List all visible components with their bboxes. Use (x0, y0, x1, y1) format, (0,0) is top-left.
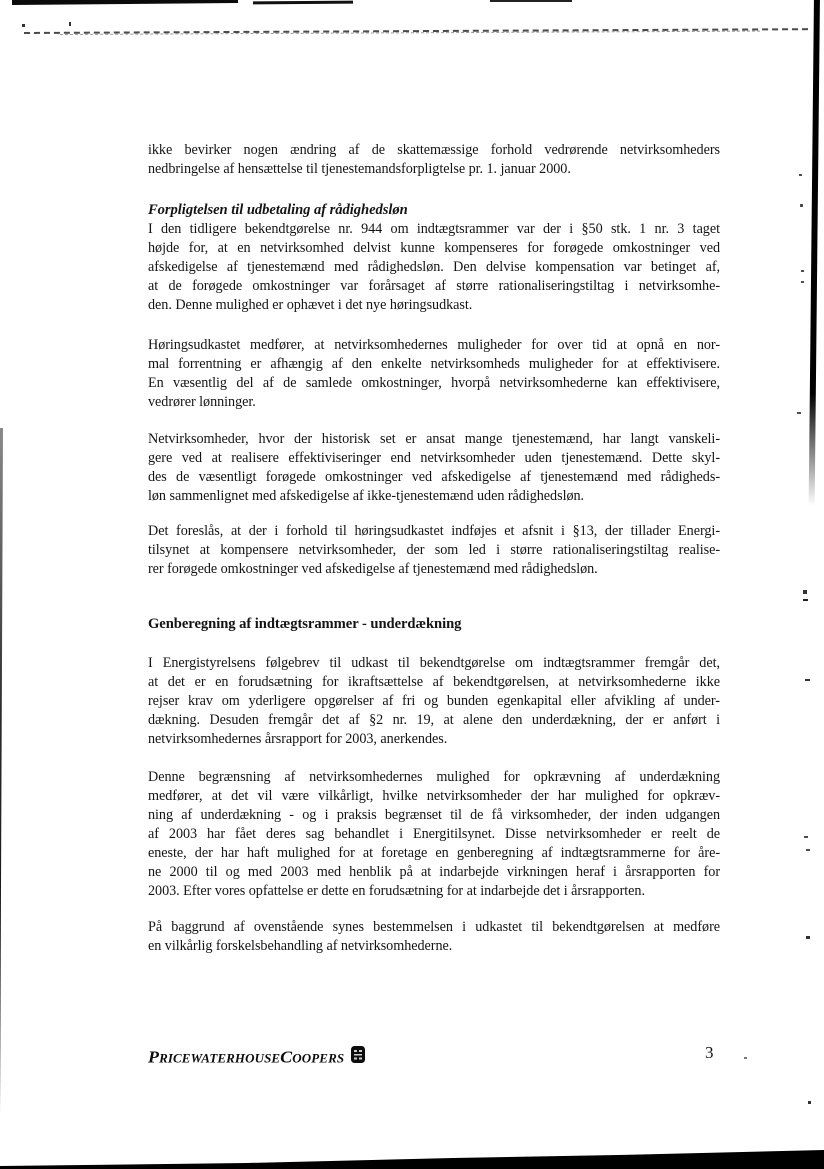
text-line: Høringsudkastet medfører, at netvirksomh… (148, 336, 720, 355)
text-line: at det er en forudsætning for ikraftsætt… (148, 673, 720, 692)
scan-speck (808, 1101, 811, 1104)
section-heading: Genberegning af indtægtsrammer - underdæ… (148, 615, 720, 634)
text-line: afskedigelse af tjenestemænd med rådighe… (148, 258, 720, 277)
scan-edge-right (809, 0, 820, 506)
scan-edge-top (490, 0, 572, 2)
pwc-logo-icon (351, 1046, 365, 1068)
text-line: En væsentlig del af de samlede omkostnin… (148, 374, 720, 393)
text-line: løn sammenlignet med afskedigelse af ikk… (148, 487, 720, 506)
scan-speck (744, 1057, 747, 1059)
scan-edge-left (0, 428, 3, 1169)
scan-speck (797, 412, 801, 414)
scan-speck (806, 849, 810, 851)
text-line: Netvirksomheder, hvor der historisk set … (148, 430, 720, 449)
paragraph: Høringsudkastet medfører, at netvirksomh… (148, 336, 720, 412)
paragraph: I den tidligere bekendtgørelse nr. 944 o… (148, 220, 720, 315)
text-line: rejser krav om yderligere opgørelser af … (148, 692, 720, 711)
text-line: nedbringelse af hensættelse til tjeneste… (148, 160, 720, 179)
text-line: at de forøgede omkostninger var forårsag… (148, 277, 720, 296)
pwc-logo-text: PricewaterhouseCoopers (148, 1047, 344, 1067)
scan-speck (804, 836, 808, 838)
scan-speck (801, 281, 804, 283)
text-line: netvirksomhedernes årsrapport for 2003, … (148, 730, 720, 749)
text-line: ning af underdækning - og i praksis begr… (148, 806, 720, 825)
paragraph: Det foreslås, at der i forhold til hørin… (148, 522, 720, 579)
page-number: 3 (705, 1043, 714, 1063)
text-line: højde for, at en netvirksomhed delvist k… (148, 239, 720, 258)
scan-speck (800, 204, 803, 207)
scan-speck (805, 679, 810, 681)
text-line: I den tidligere bekendtgørelse nr. 944 o… (148, 220, 720, 239)
scan-edge-top (12, 0, 238, 5)
text-line: tilsynet at kompensere netvirksomheder, … (148, 541, 720, 560)
text-line: 2003. Efter vores opfattelse er dette en… (148, 882, 720, 901)
text-line: medfører, at det vil være vilkårligt, hv… (148, 787, 720, 806)
scan-edge-bottom (0, 1149, 824, 1169)
text-line: Denne begrænsning af netvirksomhedernes … (148, 768, 720, 787)
paragraph: Netvirksomheder, hvor der historisk set … (148, 430, 720, 506)
paragraph: Denne begrænsning af netvirksomhedernes … (148, 768, 720, 901)
text-line: vedrører lønninger. (148, 393, 720, 412)
scan-speck (803, 590, 807, 594)
text-line: dækning. Desuden fremgår det af §2 nr. 1… (148, 711, 720, 730)
scan-speck (22, 24, 25, 27)
subsection-heading: Forpligtelsen til udbetaling af rådighed… (148, 201, 720, 220)
scan-speck (799, 174, 802, 176)
scan-speck (803, 599, 808, 601)
text-line: des de væsentligt forøgede omkostninger … (148, 468, 720, 487)
text-line: den. Denne mulighed er ophævet i det nye… (148, 296, 720, 315)
scan-speck (801, 270, 804, 272)
scan-speck (69, 22, 71, 26)
paragraph: I Energistyrelsens følgebrev til udkast … (148, 654, 720, 749)
text-line: en vilkårlig forskelsbehandling af netvi… (148, 937, 720, 956)
footer-logo: PricewaterhouseCoopers (148, 1046, 365, 1068)
text-line: rer forøgede omkostninger ved afskedigel… (148, 560, 720, 579)
text-column: ikke bevirker nogen ændring af de skatte… (148, 141, 720, 956)
text-line: af 2003 har fået deres sag behandlet i E… (148, 825, 720, 844)
text-line: I Energistyrelsens følgebrev til udkast … (148, 654, 720, 673)
text-line: ikke bevirker nogen ændring af de skatte… (148, 141, 720, 160)
scanned-document-page: ikke bevirker nogen ændring af de skatte… (0, 0, 824, 1169)
text-line: gere ved at realisere effektiviseringer … (148, 449, 720, 468)
paragraph: På baggrund af ovenstående synes bestemm… (148, 918, 720, 956)
text-line: ne 2000 til og med 2003 med henblik på a… (148, 863, 720, 882)
text-line: På baggrund af ovenstående synes bestemm… (148, 918, 720, 937)
text-line: mal forrentning er afhængig af den enkel… (148, 355, 720, 374)
text-line: Det foreslås, at der i forhold til hørin… (148, 522, 720, 541)
scan-edge-top (253, 1, 353, 5)
paragraph: ikke bevirker nogen ændring af de skatte… (148, 141, 720, 179)
scan-speck (806, 936, 810, 939)
text-line: eneste, der har haft mulighed for at for… (148, 844, 720, 863)
